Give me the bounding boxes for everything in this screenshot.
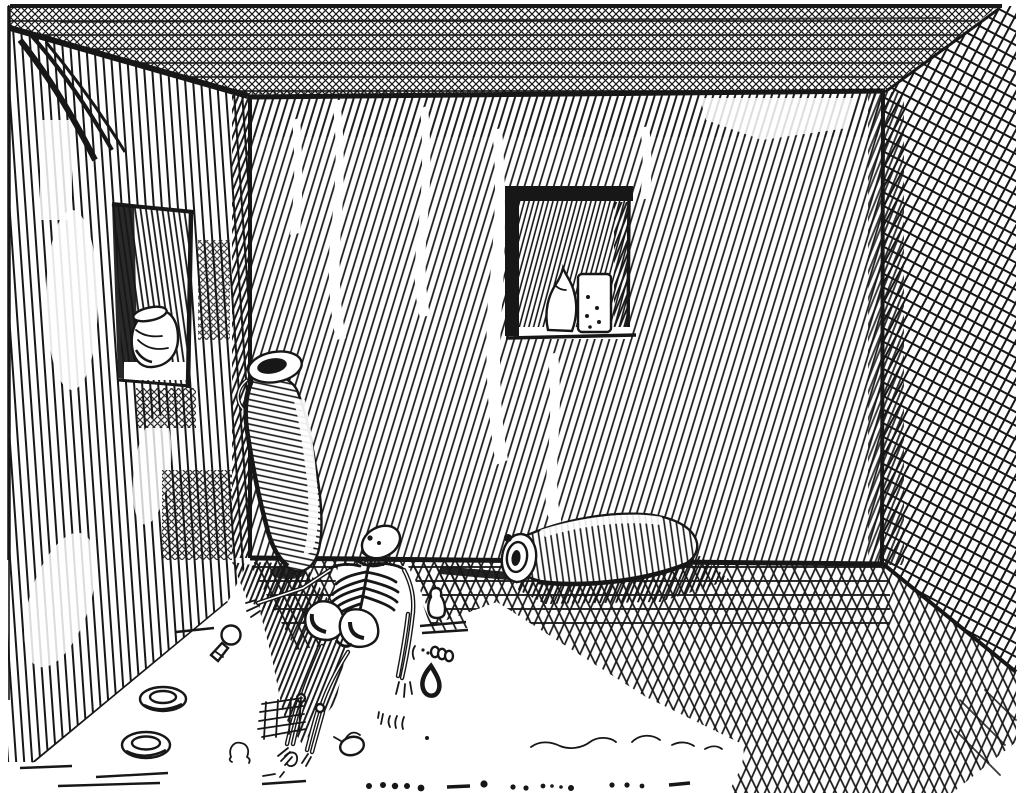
- niche-beaker: [578, 274, 611, 332]
- niche-right-edge: [628, 196, 629, 338]
- niche-right-jamb: [188, 212, 191, 388]
- niche-left-bar: [505, 186, 519, 336]
- knee-joint: [316, 704, 324, 712]
- floor-speck: [425, 736, 429, 740]
- back-wall-niche: [505, 186, 636, 339]
- tomb-illustration: Burial chamber interior with a supine sk…: [0, 0, 1024, 793]
- niche-lintel-bar: [505, 186, 633, 201]
- below-niche-crosshatch: [136, 388, 196, 428]
- dish-lower: [122, 732, 170, 758]
- back-left-corner-shading: [232, 95, 250, 558]
- eye-socket: [367, 535, 372, 540]
- right-wall: [882, 6, 1016, 672]
- nose-hole: [377, 541, 381, 545]
- tomb-drawing-svg: Burial chamber interior with a supine sk…: [0, 0, 1024, 793]
- left-wall-crosshatch-patch: [162, 470, 232, 560]
- dish-upper: [140, 687, 186, 711]
